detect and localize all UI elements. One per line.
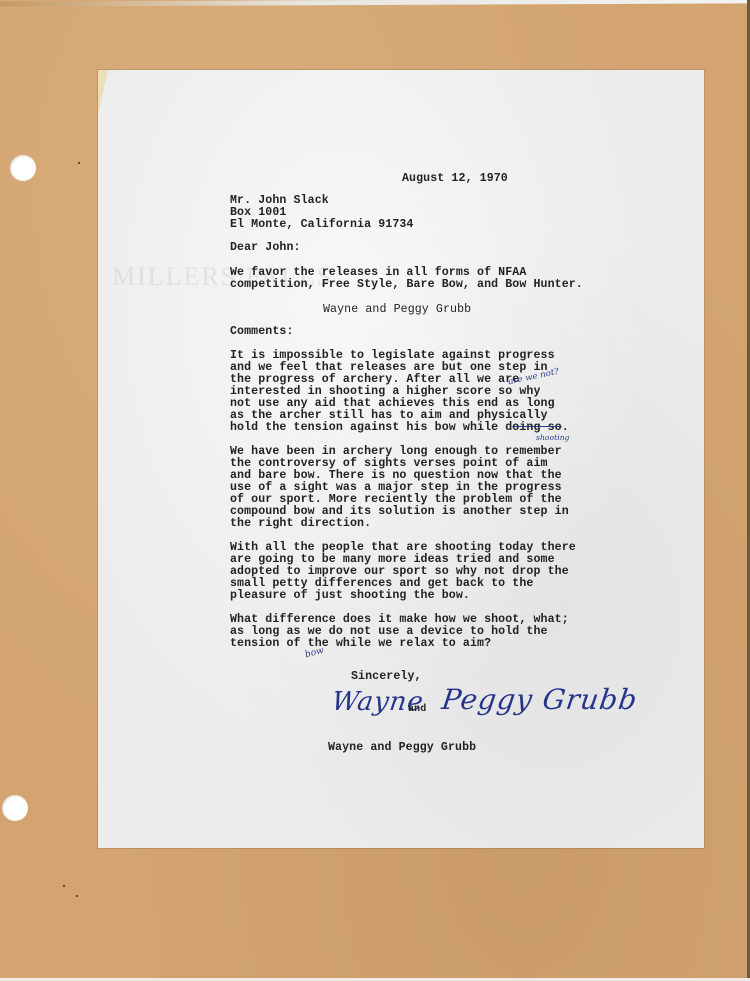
paragraph2-line: the right direction. bbox=[230, 518, 371, 530]
letter-date: August 12, 1970 bbox=[402, 173, 508, 185]
signature-joiner: and bbox=[408, 704, 426, 716]
closing: Sincerely, bbox=[351, 671, 422, 683]
folded-corner bbox=[98, 70, 108, 114]
binder-hole-bottom bbox=[2, 795, 28, 821]
speck bbox=[76, 895, 78, 897]
paragraph4-line: tension of the while we relax to aim? bbox=[230, 638, 491, 650]
paragraph1-last-line: hold the tension against his bow while d… bbox=[230, 422, 569, 434]
handwritten-replacement-shooting: shooting bbox=[536, 432, 570, 444]
statement-line: competition, Free Style, Bare Bow, and B… bbox=[230, 279, 583, 291]
salutation: Dear John: bbox=[230, 242, 301, 254]
speck bbox=[78, 162, 80, 164]
handwritten-signature-peggy-grubb: Peggy Grubb bbox=[441, 694, 638, 706]
recipient-address-2: El Monte, California 91734 bbox=[230, 219, 414, 231]
typed-signature: Wayne and Peggy Grubb bbox=[328, 742, 476, 754]
binder-hole-top bbox=[10, 155, 36, 181]
speck bbox=[63, 885, 65, 887]
comments-label: Comments: bbox=[230, 326, 294, 338]
paragraph1-last-prefix: hold the tension against his bow while d bbox=[230, 421, 512, 434]
paragraph3-line: pleasure of just shooting the bow. bbox=[230, 590, 470, 602]
statement-signature: Wayne and Peggy Grubb bbox=[323, 304, 471, 316]
